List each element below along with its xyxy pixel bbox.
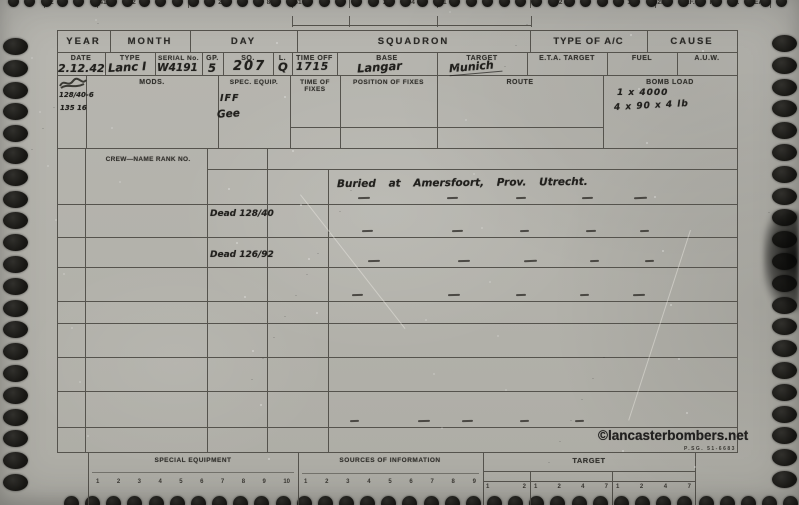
punch-hole: [772, 318, 797, 335]
speck: [308, 258, 310, 260]
pen-mark: [580, 294, 589, 296]
sources-of-information-label: SOURCES OF INFORMATION: [300, 457, 480, 464]
grid-line: [302, 473, 479, 474]
squadron-header: SQUADRON: [297, 37, 530, 47]
eta-target-label: E.T.A. TARGET: [527, 55, 607, 63]
number-strip: 12345678910: [96, 479, 290, 485]
grid-line: [57, 391, 738, 392]
route-label: ROUTE: [437, 79, 603, 87]
speck: [252, 350, 254, 352]
crew-fate: Dead 128/40: [210, 209, 274, 219]
grid-line: [292, 25, 531, 26]
punch-hole: [3, 191, 28, 208]
number-strip: 12: [486, 484, 526, 490]
pen-mark: [575, 420, 584, 422]
strip-number: 2: [523, 484, 526, 490]
punch-hole: [106, 496, 121, 505]
punch-hole: [593, 496, 608, 505]
pen-mark: [640, 230, 649, 232]
speck: [97, 23, 99, 24]
grid-line: [57, 75, 738, 76]
grid-line: [267, 148, 268, 452]
punch-hole: [64, 496, 79, 505]
pen-mark: [634, 197, 647, 199]
speck: [95, 19, 97, 21]
punch-hole: [656, 496, 671, 505]
punch-hole: [3, 321, 28, 338]
speck: [39, 111, 41, 113]
punch-hole: [772, 340, 797, 357]
number-strip: 123456789: [304, 479, 476, 485]
strip-number: 3: [346, 479, 349, 485]
strip-number: 3: [138, 479, 141, 485]
grid-line: [340, 75, 341, 148]
speck: [292, 150, 294, 152]
strip-number: 2: [558, 484, 561, 490]
punch-hole: [3, 365, 28, 382]
grid-line: [57, 301, 738, 302]
position-of-fixes-label: POSITION OF FIXES: [342, 79, 435, 86]
speck: [630, 34, 632, 36]
strip-number: 2: [325, 479, 328, 485]
margin-note-1: 128/40-6: [59, 91, 94, 99]
bottom-target-label: TARGET: [483, 457, 695, 466]
speck: [260, 404, 262, 406]
pen-mark: [350, 420, 359, 422]
speck: [31, 57, 33, 59]
strip-number: 5: [388, 479, 391, 485]
punch-hole: [3, 256, 28, 273]
punch-hole: [550, 496, 565, 505]
punch-hole: [3, 300, 28, 317]
serial-value: W4191: [157, 62, 198, 74]
pen-mark: [590, 260, 599, 262]
punch-hole: [3, 474, 28, 491]
grid-line: [57, 30, 738, 31]
pen-mark: [358, 197, 370, 199]
bomb-load-label: BOMB LOAD: [603, 79, 737, 87]
strip-number: 1: [534, 484, 537, 490]
speck: [559, 441, 561, 442]
speck: [465, 119, 467, 121]
punch-hole: [762, 496, 777, 505]
strip-number: 9: [473, 479, 476, 485]
punch-hole: [276, 496, 291, 505]
punch-hole: [3, 234, 28, 251]
cause-header: CAUSE: [647, 37, 737, 47]
pen-mark: [462, 420, 473, 422]
punch-hole: [772, 253, 797, 270]
punch-hole: [170, 496, 185, 505]
speck: [63, 273, 65, 275]
speck: [71, 327, 73, 329]
pen-mark: [520, 420, 529, 422]
speck: [646, 142, 648, 144]
speck: [111, 127, 113, 129]
strip-number: 4: [367, 479, 370, 485]
burial-note: Buried at Amersfoort, Prov. Utrecht.: [337, 176, 588, 190]
margin-note-2: 135 16: [60, 104, 87, 112]
grid-line: [737, 30, 738, 453]
punch-hole: [254, 496, 269, 505]
punch-hole: [3, 82, 28, 99]
punch-hole: [772, 166, 797, 183]
punch-hole: [3, 278, 28, 295]
month-header: MONTH: [110, 37, 190, 47]
year-header: YEAR: [57, 37, 110, 47]
punch-hole: [360, 496, 375, 505]
punch-hole: [772, 362, 797, 379]
punch-hole: [381, 496, 396, 505]
grid-line: [57, 267, 738, 268]
spec-equip-value-1: IFF: [220, 93, 240, 104]
grid-line: [483, 481, 696, 482]
punch-hole: [3, 125, 28, 142]
grid-line: [207, 148, 208, 452]
punch-hole: [339, 496, 354, 505]
speck: [47, 165, 49, 167]
pen-mark: [458, 260, 470, 262]
speck: [592, 378, 594, 379]
speck: [670, 304, 672, 306]
punch-hole: [3, 409, 28, 426]
strip-number: 1: [616, 484, 619, 490]
grid-line: [530, 471, 531, 505]
grid-line: [57, 357, 738, 358]
l-value: Q: [278, 60, 288, 74]
speck: [504, 66, 506, 67]
punch-hole: [772, 471, 797, 488]
speck: [284, 96, 286, 98]
speck: [449, 11, 451, 13]
form-code: P.SG. 51-6683: [684, 446, 736, 452]
pen-mark: [352, 294, 363, 296]
pen-mark: [582, 197, 593, 199]
speck: [678, 358, 680, 360]
speck: [251, 379, 253, 380]
speck: [273, 337, 275, 338]
punch-hole: [772, 122, 797, 139]
speck: [481, 227, 483, 229]
grid-line: [290, 75, 291, 148]
speck: [317, 253, 319, 254]
strip-number: 1: [486, 484, 489, 490]
punch-hole: [3, 103, 28, 120]
punch-hole: [318, 496, 333, 505]
speck: [31, 149, 33, 150]
strip-number: 4: [581, 484, 584, 490]
grid-line: [92, 472, 294, 473]
type-value: Lanc I: [108, 59, 147, 75]
speck: [473, 173, 475, 175]
speck: [489, 281, 491, 283]
punch-hole: [772, 188, 797, 205]
punch-hole: [772, 79, 797, 96]
grid-line: [57, 452, 738, 453]
pen-mark: [368, 260, 380, 262]
speck: [662, 250, 664, 252]
strip-number: 7: [605, 484, 608, 490]
crew-fate: Dead 126/92: [210, 250, 274, 260]
punch-hole: [3, 343, 28, 360]
special-equipment-label: SPECIAL EQUIPMENT: [92, 457, 294, 464]
punch-hole: [3, 452, 28, 469]
day-header: DAY: [190, 37, 297, 47]
strip-number: 5: [179, 479, 182, 485]
pen-mark: [362, 230, 373, 232]
grid-line: [57, 323, 738, 324]
strip-number: 6: [200, 479, 203, 485]
strip-number: 4: [158, 479, 161, 485]
punch-hole: [772, 231, 797, 248]
speck: [316, 312, 318, 314]
punch-hole: [3, 212, 28, 229]
speck: [686, 412, 688, 414]
grid-line: [57, 204, 738, 205]
pen-mark: [516, 197, 526, 199]
punch-hole: [127, 496, 142, 505]
speck: [654, 196, 656, 198]
speck: [339, 211, 341, 212]
pen-mark: [448, 294, 460, 296]
sq-value: 207: [233, 59, 266, 74]
speck: [350, 190, 352, 191]
watermark: ©lancasterbombers.net: [598, 428, 748, 443]
pen-mark: [645, 260, 654, 262]
grid-line: [328, 169, 329, 452]
pen-mark: [633, 294, 645, 296]
loss-record-card: 23412481248161241247124712481632FL.LF.Fi…: [0, 0, 799, 505]
grid-line: [57, 52, 738, 53]
grid-line: [612, 471, 613, 505]
punch-hole: [3, 430, 28, 447]
grid-line: [57, 148, 738, 149]
punch-hole: [614, 496, 629, 505]
grid-line: [85, 148, 86, 452]
speck: [306, 274, 308, 275]
punch-hole: [772, 275, 797, 292]
pen-mark: [418, 420, 430, 422]
punch-hole: [508, 496, 523, 505]
grid-line: [483, 471, 696, 472]
punch-hole: [772, 144, 797, 161]
speck: [228, 188, 230, 190]
speck: [53, 107, 55, 108]
speck: [119, 181, 121, 183]
punch-hole: [772, 100, 797, 117]
punch-hole: [772, 297, 797, 314]
punch-hole: [8, 0, 19, 7]
strip-number: 7: [688, 484, 691, 490]
punch-hole: [529, 496, 544, 505]
speck: [42, 128, 44, 129]
gp-value: 5: [208, 61, 216, 75]
fuel-label: FUEL: [607, 55, 677, 63]
ruler-number: 1: [298, 0, 302, 7]
spec-equip-label: SPEC. EQUIP.: [218, 79, 290, 86]
strip-number: 10: [283, 479, 290, 485]
punch-hole: [3, 38, 28, 55]
grid-line: [57, 30, 58, 453]
speck: [284, 316, 286, 317]
number-strip: 1247: [534, 484, 608, 490]
strip-number: 6: [409, 479, 412, 485]
strip-number: 8: [452, 479, 455, 485]
speck: [768, 212, 770, 213]
punch-hole: [191, 496, 206, 505]
punch-hole: [720, 496, 735, 505]
punch-hole: [776, 0, 787, 7]
time-off-value: 1715: [296, 61, 329, 73]
punch-hole: [677, 496, 692, 505]
pen-mark: [452, 230, 463, 232]
speck: [425, 319, 427, 321]
punch-hole: [487, 496, 502, 505]
date-value: 2.12.42: [58, 62, 105, 75]
punch-hole: [772, 427, 797, 444]
ruler-number: 4: [411, 0, 415, 7]
speck: [295, 295, 297, 296]
punch-hole: [233, 496, 248, 505]
pen-mark: [516, 294, 526, 296]
scratch-line: [300, 194, 405, 329]
pen-mark: [520, 230, 529, 232]
time-of-fixes-label: TIME OF FIXES: [292, 79, 338, 94]
speck: [87, 435, 89, 437]
speck: [433, 373, 435, 375]
punch-hole: [772, 35, 797, 52]
strip-number: 1: [96, 479, 99, 485]
punch-hole: [3, 147, 28, 164]
grid-line: [695, 452, 696, 505]
strip-number: 8: [242, 479, 245, 485]
number-strip: 1247: [616, 484, 691, 490]
grid-line: [290, 127, 604, 128]
punch-hole: [424, 496, 439, 505]
pen-mark: [447, 197, 458, 199]
speck: [236, 242, 238, 244]
bomb-load-line-2: 4 x 90 x 4 lb: [614, 99, 689, 113]
punch-hole: [212, 496, 227, 505]
punch-hole: [772, 384, 797, 401]
strip-number: 7: [221, 479, 224, 485]
punch-hole: [772, 406, 797, 423]
base-value: Langar: [357, 58, 403, 75]
punch-hole: [772, 449, 797, 466]
ruler-number: 2: [559, 0, 563, 7]
grid-line: [207, 169, 738, 170]
punch-hole: [635, 496, 650, 505]
crew-header: CREW—NAME RANK NO.: [90, 156, 206, 163]
speck: [581, 399, 583, 400]
strip-number: 1: [304, 479, 307, 485]
punch-hole: [3, 387, 28, 404]
grid-line: [88, 452, 89, 505]
punch-hole: [466, 496, 481, 505]
grid-line: [57, 237, 738, 238]
pen-scribble: [58, 76, 88, 90]
punch-hole: [402, 496, 417, 505]
strip-number: 4: [664, 484, 667, 490]
punch-hole: [572, 496, 587, 505]
spec-equip-value-2: Gee: [217, 107, 241, 121]
punch-hole: [772, 209, 797, 226]
speck: [79, 381, 81, 383]
punch-hole: [3, 169, 28, 186]
punch-hole: [741, 496, 756, 505]
pen-mark: [524, 260, 537, 262]
punch-hole: [445, 496, 460, 505]
strip-number: 2: [640, 484, 643, 490]
type-of-ac-header: TYPE OF A/C: [530, 37, 647, 47]
speck: [497, 335, 499, 337]
speck: [262, 358, 264, 359]
punch-hole: [772, 57, 797, 74]
mods-label: MODS.: [86, 79, 218, 87]
grid-line: [298, 452, 299, 505]
auw-label: A.U.W.: [677, 55, 737, 63]
bomb-load-line-1: 1 x 4000: [617, 88, 668, 98]
punch-hole: [699, 496, 714, 505]
punch-hole: [149, 496, 164, 505]
pen-mark: [586, 230, 596, 232]
strip-number: 7: [430, 479, 433, 485]
strip-number: 2: [117, 479, 120, 485]
speck: [570, 420, 572, 421]
speck: [244, 296, 246, 298]
strip-number: 9: [263, 479, 266, 485]
punch-hole: [24, 0, 35, 7]
punch-hole: [3, 60, 28, 77]
punch-hole: [783, 496, 798, 505]
